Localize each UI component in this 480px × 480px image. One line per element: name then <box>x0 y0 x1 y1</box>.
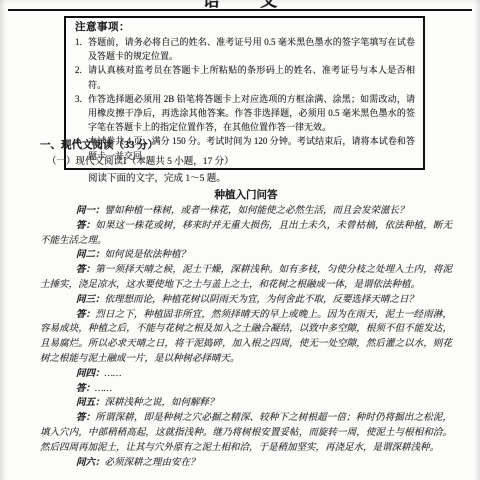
qa-answer-2: 答：第一须择天晴之候，泥土干燥，深耕浅种。如有多枝，匀使分枝之处埋入土内，将泥土… <box>40 263 452 293</box>
notice-item-number: 2. <box>75 63 88 91</box>
qa-answer-5: 答：所谓深耕，即是种树之穴必掘之精深、较种下之树根超一倍；种时仍将掘出之松泥，填… <box>40 411 452 455</box>
qa-label: 问六： <box>76 458 105 468</box>
qa-label: 答： <box>76 310 95 320</box>
qa-answer-3: 答：烈日之下，种植固非所宜，然须择晴天的早上或晚上。因为在雨天，泥土一经雨淋，容… <box>40 308 452 367</box>
notice-item-2: 2. 请认真核对监考员在答题卡上所粘贴的条形码上的姓名、准考证号与本人是否相符。 <box>75 63 415 91</box>
qa-text: 譬如种植一株树，或者一株花，如何能使之必然生活，而且会发荣滋长？ <box>105 206 409 216</box>
qa-label: 答： <box>76 221 95 231</box>
qa-label: 问一： <box>76 206 105 216</box>
qa-label: 答： <box>76 265 95 275</box>
notice-heading: 注意事项： <box>75 21 415 35</box>
qa-text: 如何说是依法种植？ <box>105 250 191 260</box>
notice-item-text: 作答选择题必须用 2B 铅笔将答题卡上对应选项的方框涂满、涂黑；如需改动，请用橡… <box>88 92 415 135</box>
qa-answer-1: 答：如果这一株花或树，移来时并无重大损伤，且出土未久，未曾枯槁，依法种植，断无不… <box>40 219 452 249</box>
qa-question-2: 问二：如何说是依法种植？ <box>40 248 452 263</box>
qa-text: 烈日之下，种植固非所宜，然须择晴天的早上或晚上。因为在雨天，泥土一经雨淋，容易成… <box>40 310 452 364</box>
subsection-heading: （一）现代文阅读Ⅰ（本题共 5 小题，17 分） <box>40 154 452 171</box>
header-rule <box>8 9 472 11</box>
qa-label: 答： <box>76 413 95 423</box>
passage-title: 种植入门问答 <box>40 187 452 204</box>
qa-label: 问五： <box>76 398 105 408</box>
qa-question-5: 问五：深耕浅种之说，如何解释？ <box>40 396 452 411</box>
qa-label: 问二： <box>76 250 105 260</box>
qa-question-6: 问六：必须深耕之理由安在？ <box>40 456 452 471</box>
notice-item-number: 3. <box>75 92 88 135</box>
exam-paper-page: 语 文 注意事项： 1. 答题前，请务必将自己的姓名、准考证号用 0.5 毫米黑… <box>0 0 480 480</box>
qa-text: 依理想而论，种植花树以阴雨天为宜，为何舍此不取，反要选择天晴之日？ <box>105 295 419 305</box>
qa-text: 深耕浅种之说，如何解释？ <box>105 398 219 408</box>
qa-label: 答： <box>76 384 95 394</box>
main-content: 一、现代文阅读（33 分） （一）现代文阅读Ⅰ（本题共 5 小题，17 分） 阅… <box>40 137 452 470</box>
qa-answer-4: 答：…… <box>40 382 452 397</box>
qa-label: 问四： <box>76 369 105 379</box>
qa-question-1: 问一：譬如种植一株树，或者一株花，如何能使之必然生活，而且会发荣滋长？ <box>40 204 452 219</box>
section-heading: 一、现代文阅读（33 分） <box>40 137 452 154</box>
notice-item-text: 答题前，请务必将自己的姓名、准考证号用 0.5 毫米黑色墨水的签字笔填写在试卷及… <box>88 35 415 63</box>
qa-label: 问三： <box>76 295 105 305</box>
qa-text: 所谓深耕，即是种树之穴必掘之精深、较种下之树根超一倍；种时仍将掘出之松泥，填入穴… <box>40 413 452 453</box>
qa-text: 如果这一株花或树，移来时并无重大损伤，且出土未久，未曾枯槁，依法种植，断无不能生… <box>40 221 452 246</box>
qa-question-4: 问四：…… <box>40 367 452 382</box>
qa-text: 第一须择天晴之候，泥土干燥，深耕浅种。如有多枝，匀使分枝之处埋入土内，将泥土捶实… <box>40 265 452 290</box>
qa-question-3: 问三：依理想而论，种植花树以阴雨天为宜，为何舍此不取，反要选择天晴之日？ <box>40 293 452 308</box>
notice-item-3: 3. 作答选择题必须用 2B 铅笔将答题卡上对应选项的方框涂满、涂黑；如需改动，… <box>75 92 415 135</box>
notice-item-1: 1. 答题前，请务必将自己的姓名、准考证号用 0.5 毫米黑色墨水的签字笔填写在… <box>75 35 415 63</box>
reading-instruction: 阅读下面的文字，完成 1～5 题。 <box>40 171 452 187</box>
notice-item-number: 1. <box>75 35 88 63</box>
qa-text: 必须深耕之理由安在？ <box>105 458 200 468</box>
qa-text: …… <box>105 369 122 379</box>
notice-item-text: 请认真核对监考员在答题卡上所粘贴的条形码上的姓名、准考证号与本人是否相符。 <box>88 63 415 91</box>
qa-text: …… <box>95 384 112 394</box>
